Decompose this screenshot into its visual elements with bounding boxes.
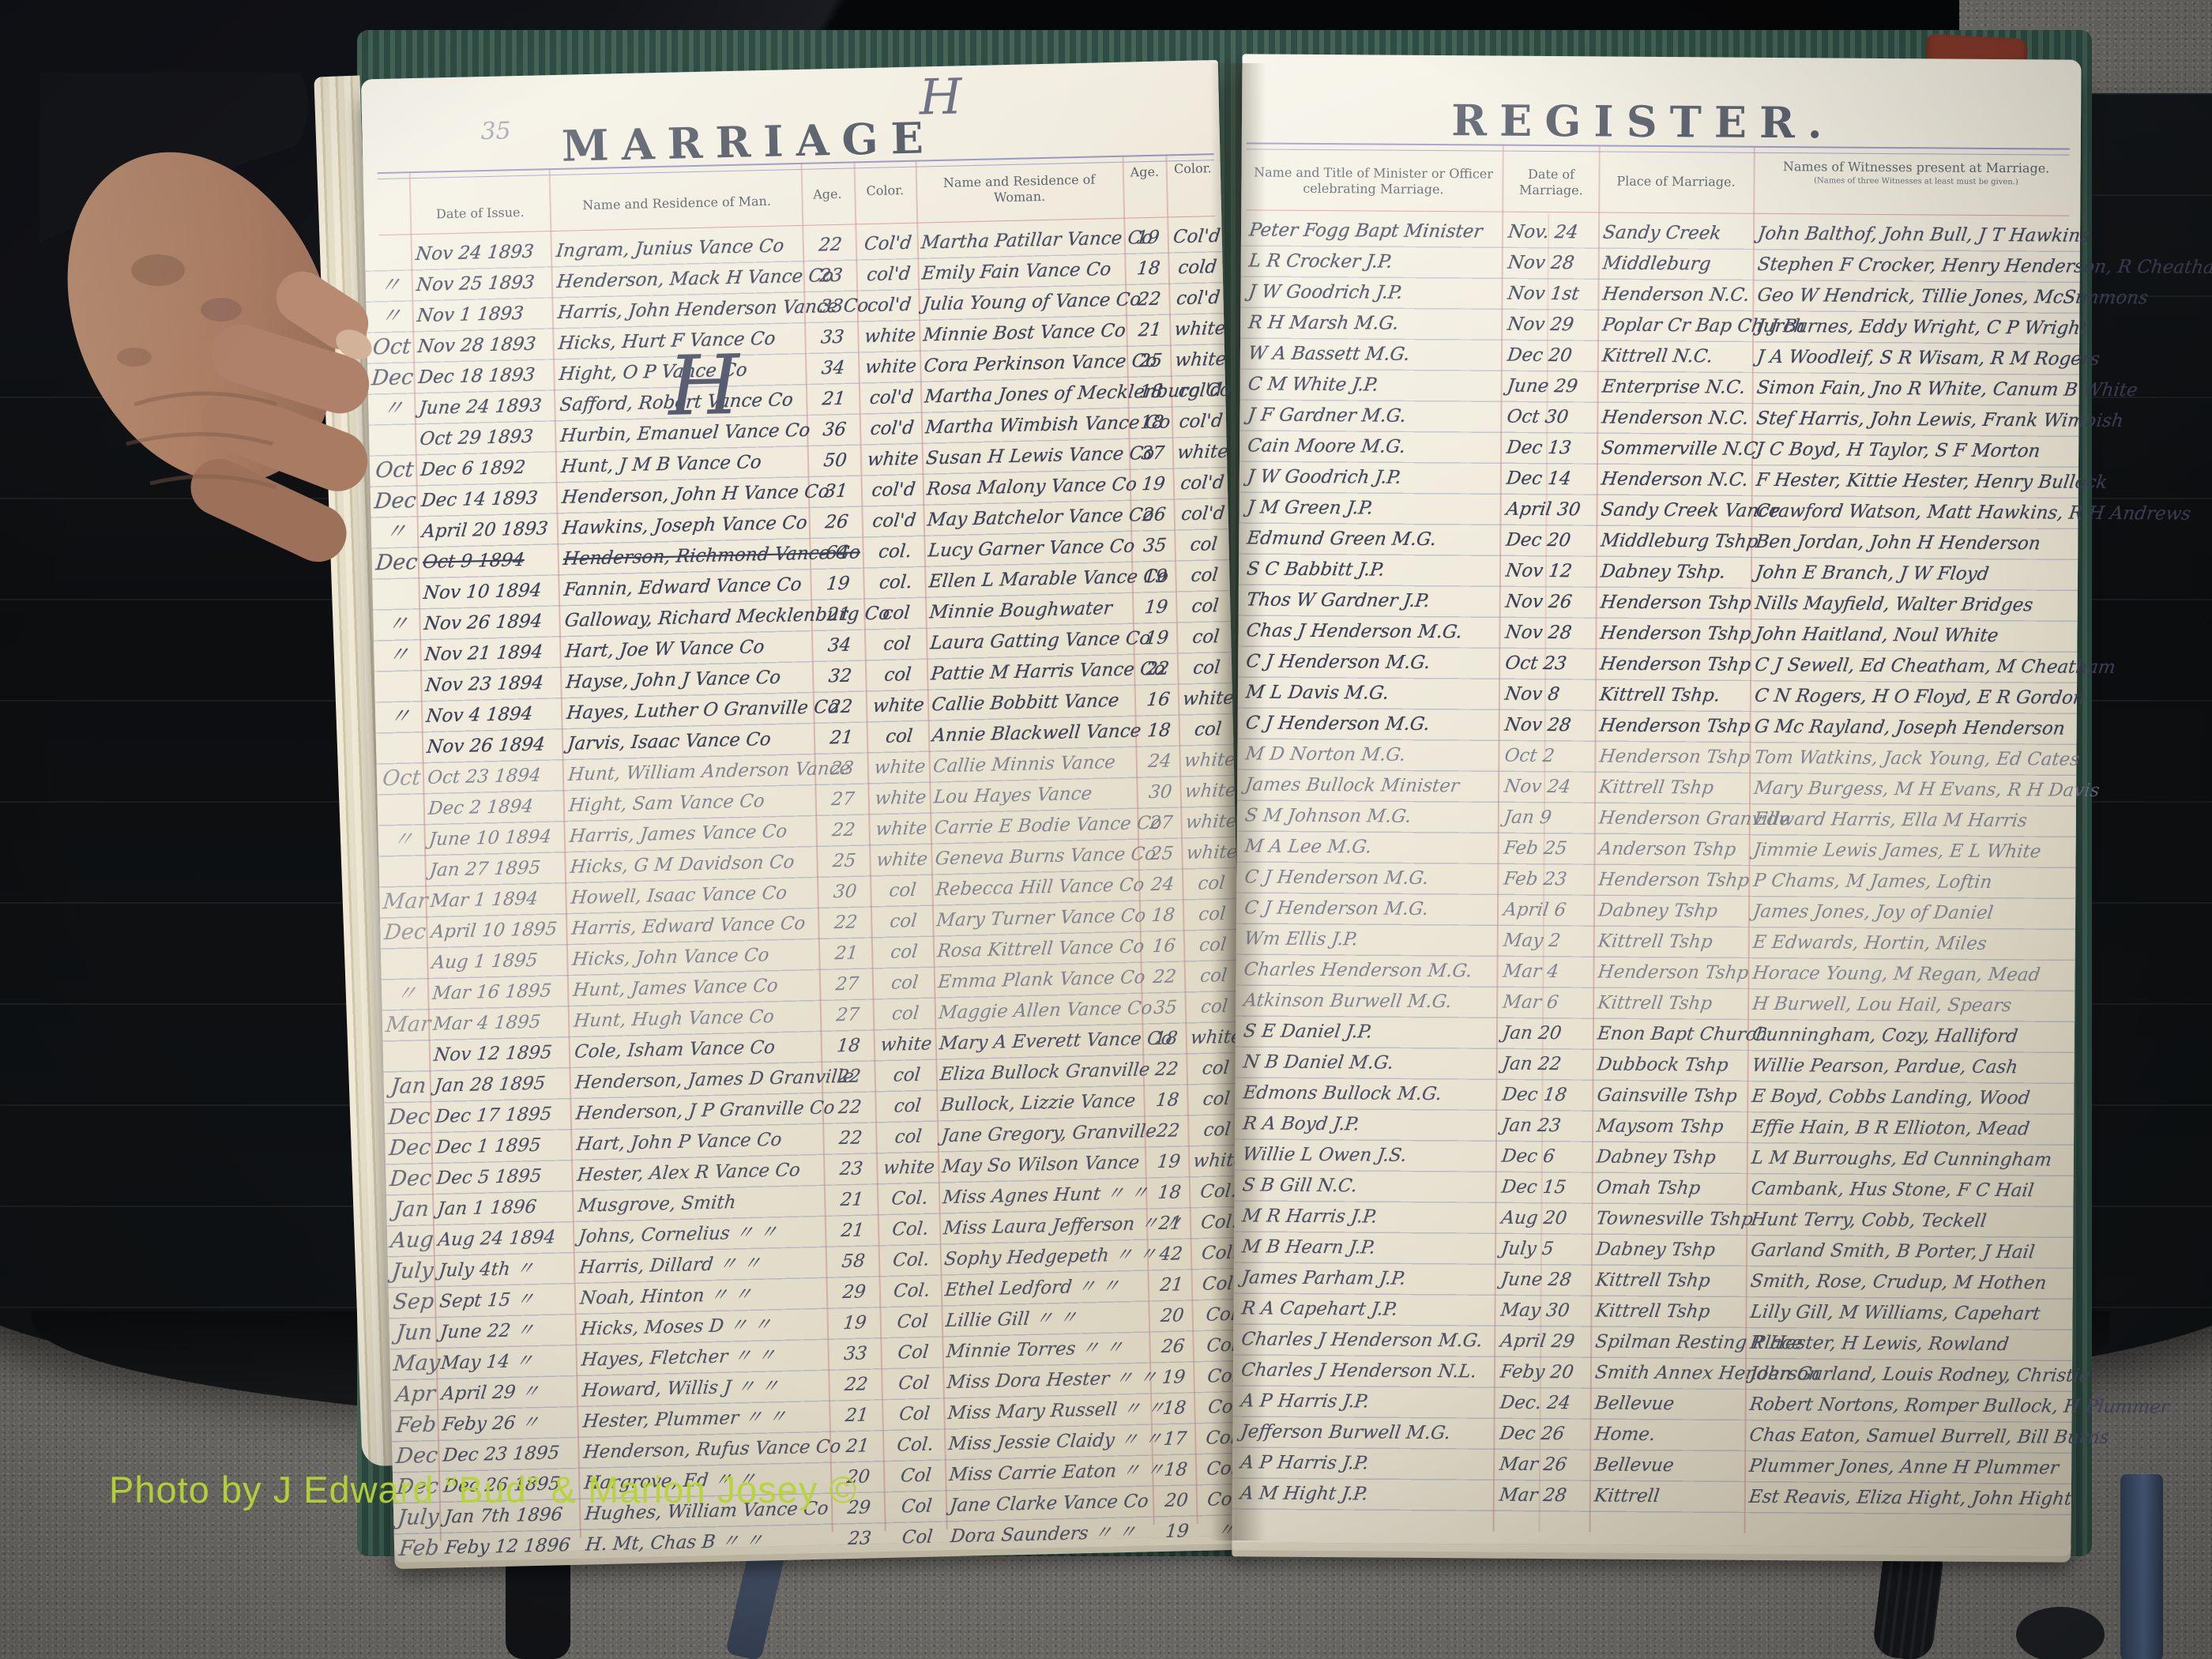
register-cell: Harris, James Vance Co [568,818,788,851]
witnesses-label: Names of Witnesses present at Marriage. [1783,159,2049,175]
register-cell: Henderson, James D Granville [574,1063,855,1097]
register-cell: Henderson N.C. [1600,465,1750,495]
register-cell: M L Davis M.G. [1244,678,1390,707]
register-cell: Julia Young of Vance Co [921,285,1142,318]
register-cell: col'd [860,291,920,321]
register-cell: Nov 29 [1506,310,1575,340]
register-cell: 22 [823,1062,875,1091]
register-cell: Henderson Tshp [1598,712,1752,741]
register-cell: F Hester, Kittie Hester, Henry Bullock [1755,466,2109,497]
caster-wheel [2016,1607,2105,1659]
register-cell: Geo W Hendrick, Tillie Jones, McSimmons [1755,281,2150,312]
register-cell: Henderson, J P Granville Co [574,1093,836,1128]
register-cell: Hayse, John J Vance Co [565,664,782,697]
register-cell: Howell, Isaac Vance Co [570,879,788,912]
register-cell: P Chams, M James, Loftin [1751,867,1994,897]
register-cell: Callie Minnis Vance [931,748,1116,781]
register-cell: Mar 4 [1501,957,1560,986]
right-page: REGISTER. Name and Title of Minister or … [1232,54,2081,1548]
register-cell: Hight, Sam Vance Co [567,787,766,820]
register-cell: Emma Plank Vance Co [936,963,1146,996]
register-cell: Charles Henderson M.G. [1242,955,1473,985]
register-cell: Dec 26 [1498,1420,1566,1449]
register-cell: 22 [1147,1116,1190,1145]
register-cell: Bellevue [1593,1389,1676,1418]
register-cell: Dec 17 1895 [434,1100,553,1130]
register-cell: 22 [820,908,872,937]
register-cell: Henderson Tshp [1598,650,1752,679]
register-cell: 25 [1141,839,1183,868]
register-cell: 19 [829,1308,881,1337]
register-cell: Miss Jessie Claidy 〃 〃 [947,1425,1164,1458]
register-cell: Feb [393,1411,439,1440]
column-header-man: Name and Residence of Man. [553,193,799,214]
register-cell: Dec 1 1895 [434,1131,542,1162]
register-cell: Aug 1 1895 [431,946,540,977]
register-cell: Mar 28 [1498,1481,1569,1510]
register-cell: Dec 6 1892 [419,453,527,484]
register-cell: 〃 [384,980,430,1009]
register-cell: 25 [818,846,871,875]
register-cell: Stef Harris, John Lewis, Frank Wimbish [1755,404,2125,435]
register-cell: Nov 1 1893 [416,299,525,330]
register-cell: Miss Mary Russell 〃 〃 [946,1394,1167,1428]
register-cell: Jan 28 1895 [433,1070,547,1100]
register-cell: Dabney Tshp [1594,1235,1717,1264]
register-cell: Edmons Bullock M.G. [1241,1078,1443,1108]
register-cell: 〃 [380,826,426,855]
register-cell: Aug 20 [1499,1204,1568,1233]
register-cell: C J Henderson M.G. [1244,709,1431,739]
register-cell: white [871,814,931,844]
register-cell: Henderson N.C. [1600,404,1750,433]
register-cell: Henderson Tshp [1598,619,1752,649]
register-cell: July [390,1257,436,1286]
register-cell: col [875,937,935,967]
register-cell: white [860,322,920,352]
register-cell: 26 [1152,1332,1194,1361]
register-cell: Nov 24 [1503,773,1572,802]
register-cell: col [869,721,929,751]
register-cell: June 28 [1499,1266,1574,1295]
register-cell: 26 [811,507,863,536]
register-cell: 19 [1135,592,1178,622]
register-cell: 27 [1140,808,1183,837]
watermark-credit: Photo by J Edward “Bud” & Marion Josey © [109,1468,857,1511]
register-cell: Hunt, William Anderson Vance [566,754,852,789]
register-cell: 21 [815,723,867,752]
register-cell: Nov 28 [1507,249,1576,278]
register-cell: Nov. 24 [1507,218,1580,247]
register-cell: Sep [391,1288,437,1317]
register-cell: Rosa Malony Vance Co [925,470,1138,503]
register-cell: Col. [881,1214,941,1244]
register-cell: Cain Moore M.G. [1246,431,1407,461]
photo-marriage-register: { "scene": { "watermark": { "text": "Pho… [0,0,2212,1659]
register-cell: 19 [1127,223,1169,252]
page-title-register: REGISTER. [1430,95,1856,149]
register-cell: 27 [817,784,869,814]
register-cell: Oct [378,764,424,793]
register-cell: Nov 28 [1503,711,1573,740]
register-cell: Harris, Edward Vance Co [570,909,807,943]
register-cell: Jan [389,1195,434,1224]
column-header-place-of-marriage: Place of Marriage. [1601,173,1750,190]
register-cell: 18 [1138,716,1180,745]
register-cell: Nov 1st [1506,280,1581,309]
register-cell: 19 [1136,623,1179,653]
register-cell: Dec 2 1894 [427,792,534,823]
register-cell: 22 [1143,962,1186,991]
register-cell: Kittrell Tshp [1593,1296,1711,1326]
register-cell: Jan 27 1895 [428,854,542,885]
register-cell: June 10 1894 [427,822,552,854]
register-cell: R Hester, H Lewis, Rowland [1748,1329,2011,1359]
register-cell: Dec [387,1134,433,1163]
register-cell: April 6 [1502,896,1568,925]
register-cell: Musgrove, Smith [577,1188,737,1221]
register-cell: Oct 2 [1503,742,1556,770]
register-cell: Kittrell Tshp. [1598,681,1722,710]
register-row: A M Hight J.P.Mar 28KittrellEst Reavis, … [1232,1479,2071,1515]
register-cell: Hunt, James Vance Co [572,972,780,1005]
big-index-letter-H: H [667,337,740,434]
register-cell: Howard, Willis J 〃 〃 [581,1372,781,1405]
register-cell: Hayes, Luther O Granville Co [566,693,841,728]
register-cell: Dec 6 [1500,1142,1557,1171]
register-cell: 32 [814,661,867,690]
register-cell: Nov 12 1895 [432,1038,553,1069]
register-cell: white [863,445,923,475]
register-cell: Ingram, Junius Vance Co [555,231,785,265]
register-cell: Hicks, John Vance Co [571,941,770,974]
register-cell: Ethel Ledford 〃 〃 [943,1272,1121,1304]
register-cell: Col [882,1307,942,1337]
register-cell: Dabney Tshp [1595,1142,1717,1172]
register-cell: S C Babbitt J.P. [1245,555,1386,584]
register-cell: col [878,1122,939,1152]
register-cell: Col [887,1522,947,1552]
register-cell: 〃 [376,641,422,670]
register-cell: 33 [807,322,859,352]
register-cell: Cole, Isham Vance Co [573,1033,776,1066]
register-cell: Hicks, G M Davidson Co [569,848,796,882]
register-cell: Dec. 24 [1499,1389,1572,1418]
register-cell: Henderson Tshp [1597,866,1751,895]
register-cell: Mar 4 1895 [432,1008,543,1039]
register-cell: J J Barnes, Eddy Wright, C P Wright [1755,312,2090,343]
register-cell: Dec [394,1442,440,1471]
register-cell: col'd [859,260,919,290]
register-cell: col'd [863,414,923,444]
column-header-color-man: Color. [856,182,913,200]
register-cell: Rebecca Hill Vance Co [935,871,1145,904]
register-cell: Col. [882,1276,942,1306]
register-cell: col [868,660,928,690]
register-cell: Minnie Torres 〃 〃 [945,1334,1125,1366]
register-cell: Dec 23 1895 [442,1439,561,1469]
register-cell: Oct 23 1894 [426,762,542,792]
register-cell: 19 [1134,562,1177,591]
register-cell: Henderson, Rufus Vance Co [582,1432,842,1466]
register-cell: col [873,875,933,905]
register-cell: Nov 26 1894 [426,730,547,761]
register-cell: Willie L Owen J.S. [1241,1140,1409,1169]
register-cell: Mary Burgess, M H Evans, R H Davis [1752,774,2101,805]
register-cell: 50 [809,446,861,475]
register-cell: white [870,752,930,782]
register-cell: May So Wilson Vance [941,1149,1141,1182]
register-cell: Jane Gregory, Granville [940,1117,1158,1150]
register-cell: Dec [382,918,428,947]
register-cell: Willie Pearson, Pardue, Cash [1751,1051,2020,1082]
register-cell: 34 [814,630,866,660]
register-cell: Kittrell Tshp [1597,927,1714,957]
register-cell: C J Henderson M.G. [1244,647,1431,677]
register-cell: Nov 28 1893 [416,330,537,361]
column-header-age-woman: Age. [1125,164,1164,181]
register-cell: Aug 24 1894 [437,1223,557,1254]
register-cell: Feb [397,1534,442,1563]
register-cell: Col. [880,1183,940,1213]
age-spot [131,254,185,286]
register-cell: H. Mt, Chas B 〃 〃 [585,1526,765,1559]
register-cell: Thos W Gardner J.P. [1245,585,1431,615]
register-cell: Feby 12 1896 [444,1531,572,1563]
register-cell: Sandy Creek [1601,219,1723,248]
register-cell: Maggie Allen Vance Co [937,994,1153,1027]
register-cell: col [874,906,934,936]
register-cell: 25 [1130,346,1172,375]
register-cell: April 20 1893 [420,514,549,546]
register-cell: Charles J Henderson M.G. [1240,1325,1484,1355]
register-cell: Chas Eaton, Samuel Burrell, Bill Burns [1747,1421,2111,1452]
register-cell: Hunt Terry, Cobb, Teckell [1749,1206,1988,1236]
register-cell: Col [884,1368,944,1398]
register-cell: July 4th 〃 [438,1255,536,1285]
register-cell: 64 [811,538,863,567]
register-cell: Sept 15 〃 [438,1285,536,1316]
register-cell: 37 [1131,438,1174,468]
register-cell: Johns, Cornelius 〃 〃 [577,1218,779,1251]
register-cell: Dec 13 [1505,434,1573,463]
register-cell: M D Norton M.G. [1243,739,1407,769]
register-cell: Cunningham, Cozy, Halliford [1751,1021,2020,1051]
register-cell: Tom Watkins, Jack Young, Ed Cates [1752,743,2081,774]
register-cell: Dec 14 [1505,465,1573,494]
register-cell: J A Woodleif, S R Wisam, R M Rogers [1755,343,2101,374]
register-cell: Ben Jordan, John H Henderson [1754,528,2042,558]
register-cell: Nov 28 [1503,619,1573,648]
register-cell: Est Reavis, Eliza Hight, John Hight [1747,1483,2074,1514]
register-cell: 22 [1137,654,1179,683]
register-cell: white [876,1029,936,1059]
register-cell: Jan 20 [1501,1019,1563,1048]
register-cell: J W Goodrich J.P. [1246,462,1403,491]
register-cell: Stephen F Crocker, Henry Henderson, R Ch… [1756,250,2212,282]
register-cell: Col [883,1337,943,1367]
register-cell: 18 [1142,901,1185,930]
register-cell: April 29 〃 [440,1378,541,1409]
register-cell: col'd [864,506,924,536]
register-cell: 〃 [378,702,423,732]
register-cell: Aug [389,1226,435,1255]
register-cell: C M White J.P. [1247,370,1380,399]
register-cell: May [392,1349,438,1379]
register-cell: Dabney Tshp. [1599,558,1728,587]
register-cell: col. [866,567,926,597]
register-cell: Sommerville N.C. [1600,434,1765,464]
register-cell: Mar [382,887,427,916]
register-cell: June 29 [1506,372,1580,401]
register-cell: 18 [1130,408,1173,437]
register-cell: Peter Fogg Bapt Minister [1247,216,1484,246]
register-cell: Maysom Tshp [1595,1112,1725,1141]
register-cell: John Haitland, Noul White [1753,620,1999,650]
register-cell: Enterprise N.C. [1601,373,1747,402]
register-cell: Kittrell Tshp [1594,1266,1712,1295]
register-cell: Feby 20 [1499,1358,1575,1387]
register-cell: white [872,845,932,875]
register-cell: 18 [1153,1394,1196,1423]
register-cell: Col [885,1399,945,1429]
register-cell: Henderson, Mack H Vance Co [555,261,834,296]
register-cell: Feby 26 〃 [441,1409,540,1439]
register-cell: Mar 26 [1498,1450,1569,1480]
register-cell: Crawford Watson, Matt Hawkins, R H Andre… [1754,497,2192,529]
register-cell: Susan H Lewis Vance Co [924,439,1155,473]
register-cell: 20 [1155,1486,1198,1515]
register-cell: Smith, Rose, Crudup, M Hothen [1749,1267,2048,1298]
register-cell: Jane Clarke Vance Co [949,1487,1150,1520]
register-cell: Dabney Tshp [1597,897,1719,926]
register-cell: Col [887,1492,947,1522]
register-cell: Mar 6 [1501,988,1560,1017]
register-cell: John E Branch, J W Floyd [1754,559,1991,589]
register-cell: 21 [1129,315,1172,344]
register-cell: Col. [886,1430,946,1460]
register-cell: white [869,690,929,720]
register-cell: June 22 〃 [438,1316,536,1347]
register-cell: Carrie E Bodie Vance Co [933,809,1163,843]
register-cell: Dec 18 1893 [417,361,536,392]
register-cell: Nov 10 1894 [422,576,543,607]
register-cell: May Batchelor Vance Co [926,501,1155,535]
register-cell: Cora Perkinson Vance Co [923,347,1158,381]
register-cell: 23 [826,1154,878,1183]
column-header-minister: Name and Title of Minister or Officer ce… [1247,164,1499,197]
register-cell: J W Goodrich J.P. [1247,277,1404,307]
register-cell: Kittrell Tshp [1597,773,1715,803]
register-cell: Kittrell Tshp [1596,989,1714,1018]
register-cell: 21 [1150,1270,1193,1300]
register-cell: Laura Gatting Vance Co [929,624,1152,657]
register-cell: Hester, Plummer 〃 〃 [581,1403,788,1436]
register-cell: Nov 12 [1504,557,1574,586]
left-register-rows: Nov 24 1893Ingram, Junius Vance Co22Col'… [365,222,1251,1535]
register-cell: Nov 25 1893 [415,269,536,299]
register-cell: Garland Smith, B Porter, J Hail [1749,1236,2037,1266]
register-cell: Dec 20 [1504,526,1572,555]
register-cell: 19 [1156,1517,1198,1546]
register-cell: Edmund Green M.G. [1245,524,1438,554]
register-cell: 18 [822,1031,875,1060]
register-cell: Nills Mayfield, Walter Bridges [1754,589,2035,619]
register-cell: col [867,598,927,628]
register-cell: Sophy Hedgepeth 〃 〃 [942,1240,1158,1273]
register-cell: 18 [1145,1024,1187,1053]
register-cell: Home. [1593,1420,1657,1449]
register-cell: Hart, John P Vance Co [575,1126,783,1159]
column-header-woman: Name and Residence of Woman. [918,171,1121,208]
register-cell: April 30 [1504,495,1582,525]
register-cell: 42 [1149,1240,1192,1269]
register-cell: Feb 25 [1502,834,1568,863]
header-underline [1246,209,2069,216]
register-cell: 26 [1133,500,1176,529]
register-cell: Rosa Kittrell Vance Co [936,932,1145,965]
elderly-hand [39,73,384,618]
register-cell: Chas J Henderson M.G. [1244,616,1464,646]
blue-pole [2120,1474,2163,1659]
register-cell: C J Sewell, Ed Cheatham, M Cheatham [1753,651,2117,682]
register-cell: Jan 23 [1500,1112,1563,1140]
register-cell: Minnie Bost Vance Co [922,317,1127,350]
register-cell: 16 [1137,685,1179,714]
register-cell: col'd [863,476,924,506]
register-cell: col [878,1091,938,1121]
register-cell: Bullock, Lizzie Vance [939,1087,1137,1120]
register-cell: May 2 [1502,927,1563,955]
register-cell: Hicks, Moses D 〃 〃 [579,1311,773,1344]
register-cell: Noah, Hinton 〃 〃 [578,1281,753,1313]
register-cell: Middleburg [1601,250,1713,279]
register-cell: John Garland, Louis Rodney, Christie [1748,1360,2092,1390]
register-cell: Charles J Henderson N.L. [1240,1356,1479,1386]
register-cell: L R Crocker J.P. [1247,246,1394,276]
age-spot [117,348,152,367]
register-cell: 21 [826,1185,878,1214]
register-cell: Col [886,1461,946,1491]
witnesses-note: (Names of three Witnesses at least must … [1756,176,2075,188]
register-cell: 34 [807,353,860,382]
register-cell: June 24 1893 [418,391,543,423]
register-cell: Edward Harris, Ella M Harris [1752,805,2029,835]
register-cell: 24 [1138,747,1181,776]
register-cell: 35 [1144,993,1187,1022]
register-cell: 21 [831,1401,883,1430]
register-cell: Lilly Gill, M Williams, Capehart [1748,1298,2041,1329]
right-register-rows: Peter Fogg Bapt MinisterNov. 24Sandy Cre… [1232,216,2080,1515]
register-cell: Dora Saunders 〃 〃 [949,1518,1138,1551]
register-cell: 19 [1132,469,1175,498]
register-cell: Emily Fain Vance Co [920,255,1112,288]
register-cell: Jimmie Lewis James, E L White [1751,836,2042,867]
register-cell: Geneva Burns Vance Co [934,840,1157,873]
register-cell: 18 [1127,254,1170,283]
register-cell: July 5 [1499,1235,1556,1263]
register-cell: white [879,1153,939,1183]
register-cell: 58 [827,1247,879,1276]
register-cell: April 29 [1499,1327,1576,1356]
register-cell: 21 [832,1431,884,1461]
register-cell: Kittrell [1593,1481,1661,1510]
register-cell: J F Gardner M.G. [1246,401,1408,430]
register-cell: col [875,968,935,998]
register-cell: G Mc Rayland, Joseph Henderson [1753,713,2067,743]
register-cell: 30 [819,877,871,906]
register-cell: Apr [393,1380,438,1409]
